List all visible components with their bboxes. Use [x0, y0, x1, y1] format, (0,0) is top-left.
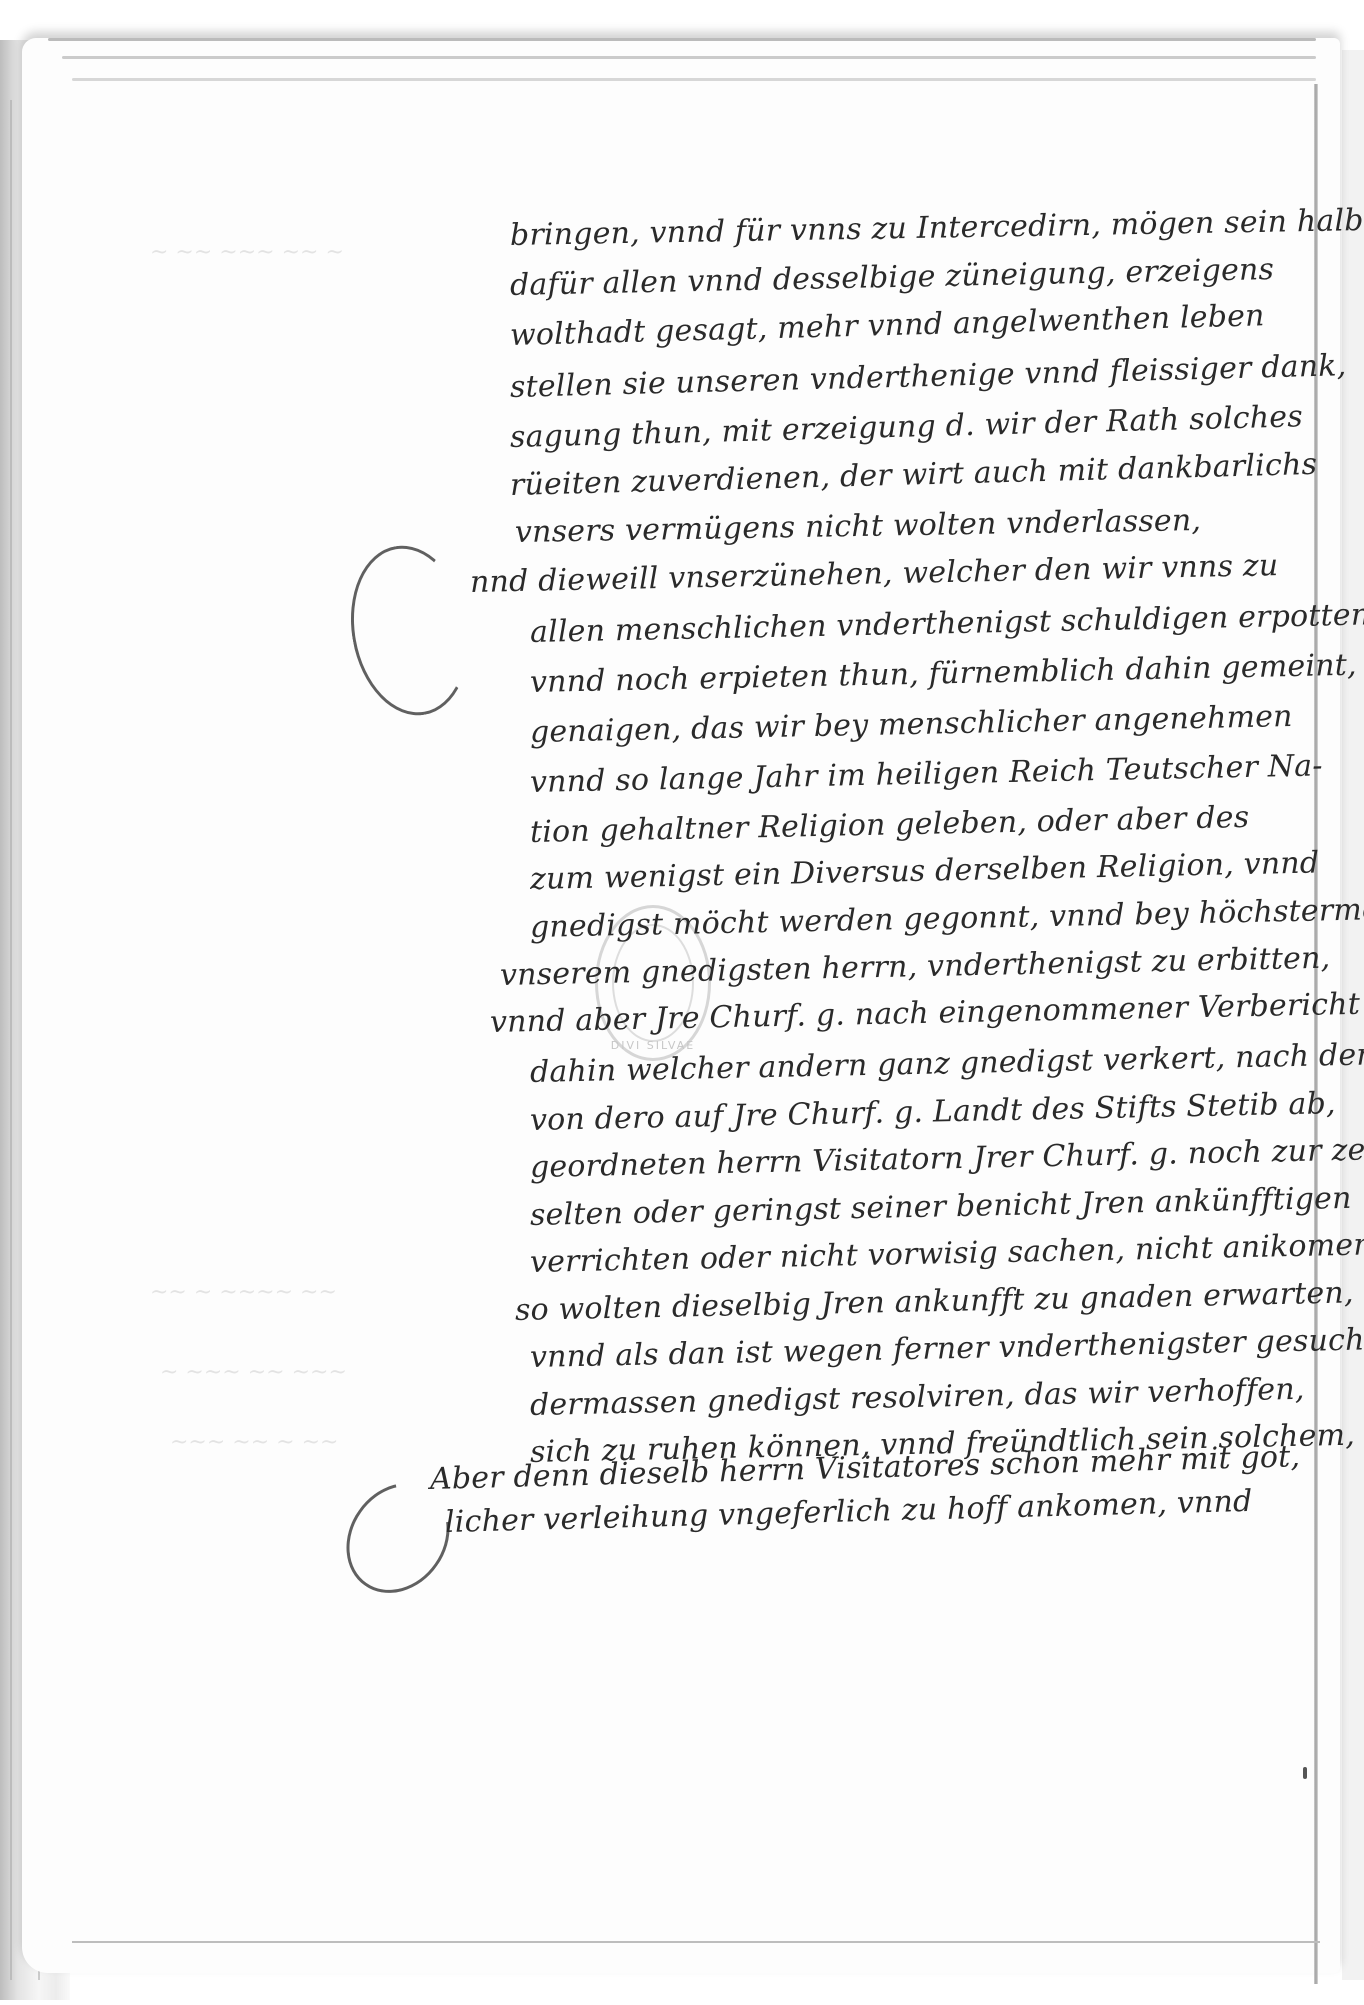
text-line: wolthadt gesagt, mehr vnnd angelwenthen … — [510, 298, 1265, 353]
text-line: nnd dieweill vnserzünehen, welcher den w… — [470, 548, 1279, 600]
text-line: zum wenigst ein Diversus derselben Relig… — [530, 845, 1320, 897]
manuscript-text: bringen, vnnd für vnns zu Intercedirn, m… — [0, 0, 1364, 2005]
text-line: stellen sie unseren vnderthenige vnnd fl… — [510, 348, 1347, 405]
text-line: gnedigst möcht werden gegonnt, vnnd bey … — [530, 892, 1364, 945]
text-line: allen menschlichen vnderthenigst schuldi… — [530, 597, 1364, 650]
text-line: von dero auf Jre Churf. g. Landt des Sti… — [530, 1086, 1336, 1138]
text-line: dafür allen vnnd desselbige züneigung, e… — [510, 252, 1275, 303]
text-line: bringen, vnnd für vnns zu Intercedirn, m… — [510, 203, 1364, 253]
text-line: vnnd als dan ist wegen ferner vndertheni… — [530, 1323, 1364, 1375]
text-line: rüeiten zuverdienen, der wirt auch mit d… — [510, 447, 1318, 503]
text-line: geordneten herrn Visitatorn Jrer Churf. … — [530, 1132, 1364, 1185]
text-line: genaigen, das wir bey menschlicher angen… — [530, 699, 1293, 750]
text-line: tion gehaltner Religion geleben, oder ab… — [530, 800, 1250, 850]
ink-mark — [1303, 1767, 1307, 1779]
text-line: vnnd so lange Jahr im heiligen Reich Teu… — [530, 748, 1323, 800]
text-line: vnsers vermügens nicht wolten vnderlasse… — [515, 503, 1202, 550]
text-line: dermassen gnedigst resolviren, das wir v… — [530, 1372, 1305, 1423]
text-line: sagung thun, mit erzeigung d. wir der Ra… — [510, 399, 1304, 455]
text-line: vnserem gnedigsten herrn, vnderthenigst … — [500, 941, 1331, 993]
text-line: vnnd aber Jre Churf. g. nach eingenommen… — [490, 985, 1364, 1040]
text-line: selten oder geringst seiner benicht Jren… — [530, 1181, 1352, 1233]
text-line: vnnd noch erpieten thun, fürnemblich dah… — [530, 648, 1357, 700]
decorated-initial-v — [338, 536, 482, 725]
text-line: so wolten dieselbig Jren ankunfft zu gna… — [515, 1275, 1354, 1328]
text-line: dahin welcher andern ganz gnedigst verke… — [530, 1037, 1364, 1090]
text-line: verrichten oder nicht vorwisig sachen, n… — [530, 1227, 1364, 1280]
